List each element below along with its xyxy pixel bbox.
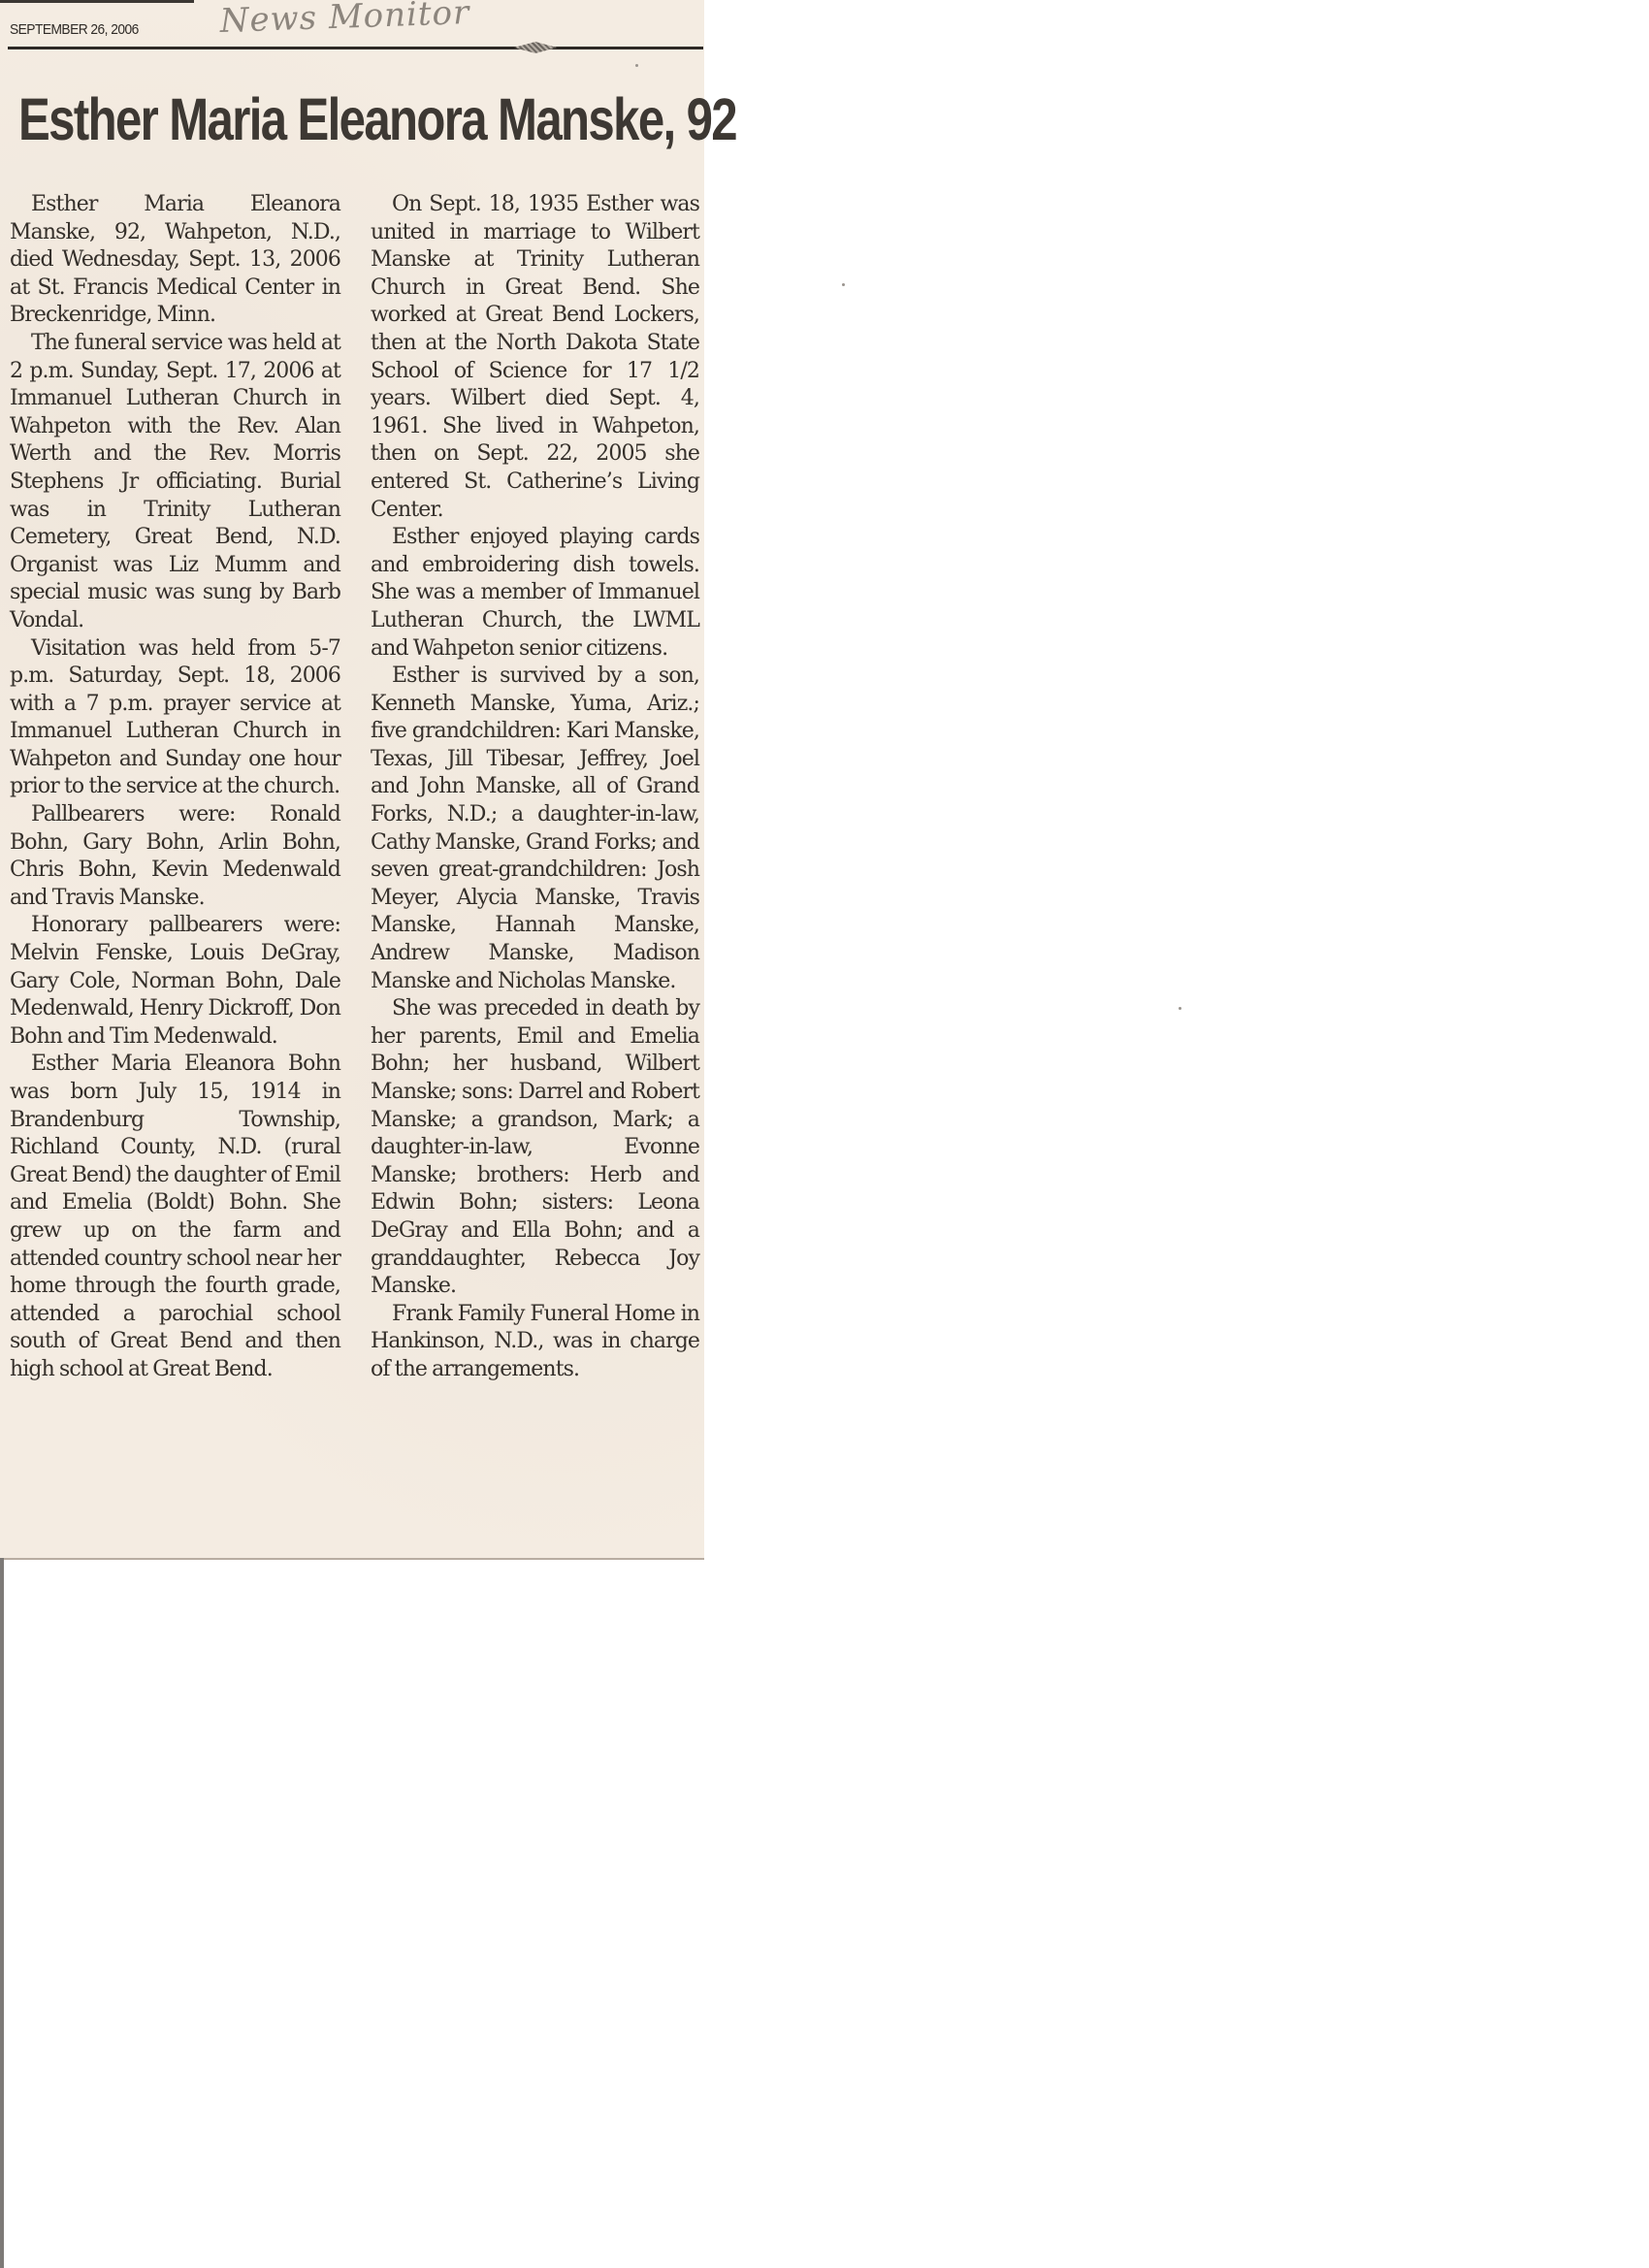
paragraph-interests: Esther enjoyed playing cards and embroid… <box>371 524 699 663</box>
header-rule <box>8 47 703 49</box>
paragraph-death-notice: Esther Maria Eleanora Manske, 92, Wahpet… <box>10 191 340 330</box>
paragraph-honorary-pallbearers: Honorary pallbearers were: Melvin Fenske… <box>10 912 340 1051</box>
scan-speck <box>1179 1007 1181 1010</box>
obituary-headline: Esther Maria Eleanora Manske, 92 <box>18 85 736 153</box>
scanner-edge <box>0 1558 4 2268</box>
paragraph-marriage-career: On Sept. 18, 1935 Esther was united in m… <box>371 191 699 524</box>
diamond-ornament-icon <box>514 42 557 53</box>
paragraph-funeral-service: The funeral service was held at 2 p.m. S… <box>10 330 340 635</box>
scan-speck <box>842 283 845 286</box>
scan-speck <box>635 64 638 67</box>
right-column: On Sept. 18, 1935 Esther was united in m… <box>371 191 699 1384</box>
paragraph-survivors: Esther is survived by a son, Kenneth Man… <box>371 663 699 995</box>
dateline: SEPTEMBER 26, 2006 <box>10 21 139 38</box>
newspaper-clipping: SEPTEMBER 26, 2006 News Monitor Esther M… <box>0 0 704 1560</box>
handwritten-note: News Monitor <box>219 0 470 41</box>
scan-edge-shadow <box>0 0 194 3</box>
paragraph-early-life: Esther Maria Eleanora Bohn was born July… <box>10 1051 340 1383</box>
paragraph-arrangements: Frank Family Funeral Home in Hankinson, … <box>371 1301 699 1384</box>
paragraph-pallbearers: Pallbearers were: Ronald Bohn, Gary Bohn… <box>10 801 340 912</box>
left-column: Esther Maria Eleanora Manske, 92, Wahpet… <box>10 191 340 1384</box>
paragraph-visitation: Visitation was held from 5-7 p.m. Saturd… <box>10 635 340 802</box>
paragraph-preceded-in-death: She was preceded in death by her parents… <box>371 995 699 1301</box>
